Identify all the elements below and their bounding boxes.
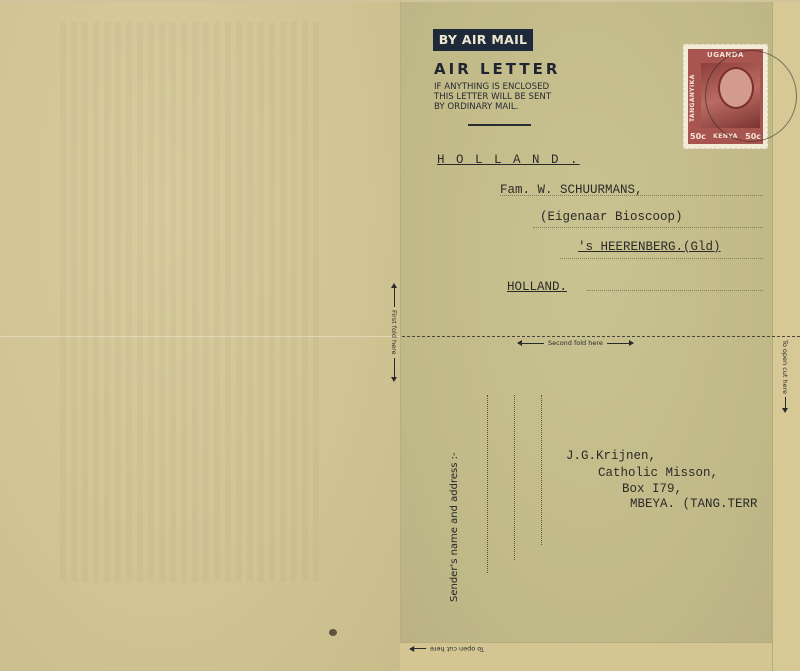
air-letter-title: AIR LETTER [434, 60, 560, 78]
open-cut-bottom-label: To open cut here [410, 645, 484, 653]
address-dotted-line [533, 227, 763, 228]
recipient-country: HOLLAND. [507, 280, 567, 294]
open-cut-right-label: To open cut here [781, 340, 789, 412]
arrow-up-icon [394, 285, 395, 307]
warning-line: BY ORDINARY MAIL. [434, 102, 551, 112]
air-letter-sheet: BY AIR MAIL AIR LETTER IF ANYTHING IS EN… [0, 0, 800, 671]
sender-dotted-line [487, 395, 488, 573]
address-dotted-line [560, 258, 763, 259]
stamp-value-left: 50c [690, 132, 706, 141]
address-dotted-line [587, 290, 763, 291]
stamp-country-side: TANGANYIKA [689, 65, 700, 131]
second-fold-text: Second fold here [548, 339, 603, 347]
postmark-icon [705, 50, 797, 142]
enclosure-warning: IF ANYTHING IS ENCLOSED THIS LETTER WILL… [434, 82, 551, 112]
arrow-down-icon [394, 358, 395, 380]
horizontal-crease [0, 336, 400, 337]
open-cut-bottom-text: To open cut here [430, 645, 484, 653]
by-air-mail-badge: BY AIR MAIL [433, 29, 533, 51]
open-cut-right-text: To open cut here [781, 340, 789, 394]
arrow-left-icon [518, 343, 544, 344]
sender-dotted-line [541, 395, 542, 545]
sender-dotted-line [514, 395, 515, 560]
warning-line: THIS LETTER WILL BE SENT [434, 92, 551, 102]
arrow-right-icon [607, 343, 633, 344]
divider-rule [468, 124, 531, 126]
ink-spot [329, 629, 337, 636]
warning-line: IF ANYTHING IS ENCLOSED [434, 82, 551, 92]
sender-label: Sender's name and address :- [449, 462, 460, 602]
first-fold-text: First fold here [390, 310, 398, 355]
first-fold-label: First fold here [390, 285, 398, 387]
address-dotted-line [500, 195, 763, 196]
show-through-text [60, 22, 320, 582]
second-fold-line [402, 336, 800, 337]
arrow-right-icon [410, 649, 426, 650]
sender-line-1: J.G.Krijnen, [566, 449, 656, 463]
sender-line-3: Box I79, [622, 482, 682, 496]
second-fold-label: Second fold here [518, 339, 633, 347]
sender-line-4: MBEYA. (TANG.TERR [630, 497, 758, 511]
arrow-down-icon [785, 397, 786, 411]
letter-back-panel [0, 2, 400, 671]
recipient-line-3: 's HEERENBERG.(Gld) [578, 240, 721, 254]
recipient-country-heading: H O L L A N D . [437, 153, 580, 167]
sender-line-2: Catholic Misson, [598, 466, 718, 480]
recipient-line-2: (Eigenaar Bioscoop) [540, 210, 683, 224]
